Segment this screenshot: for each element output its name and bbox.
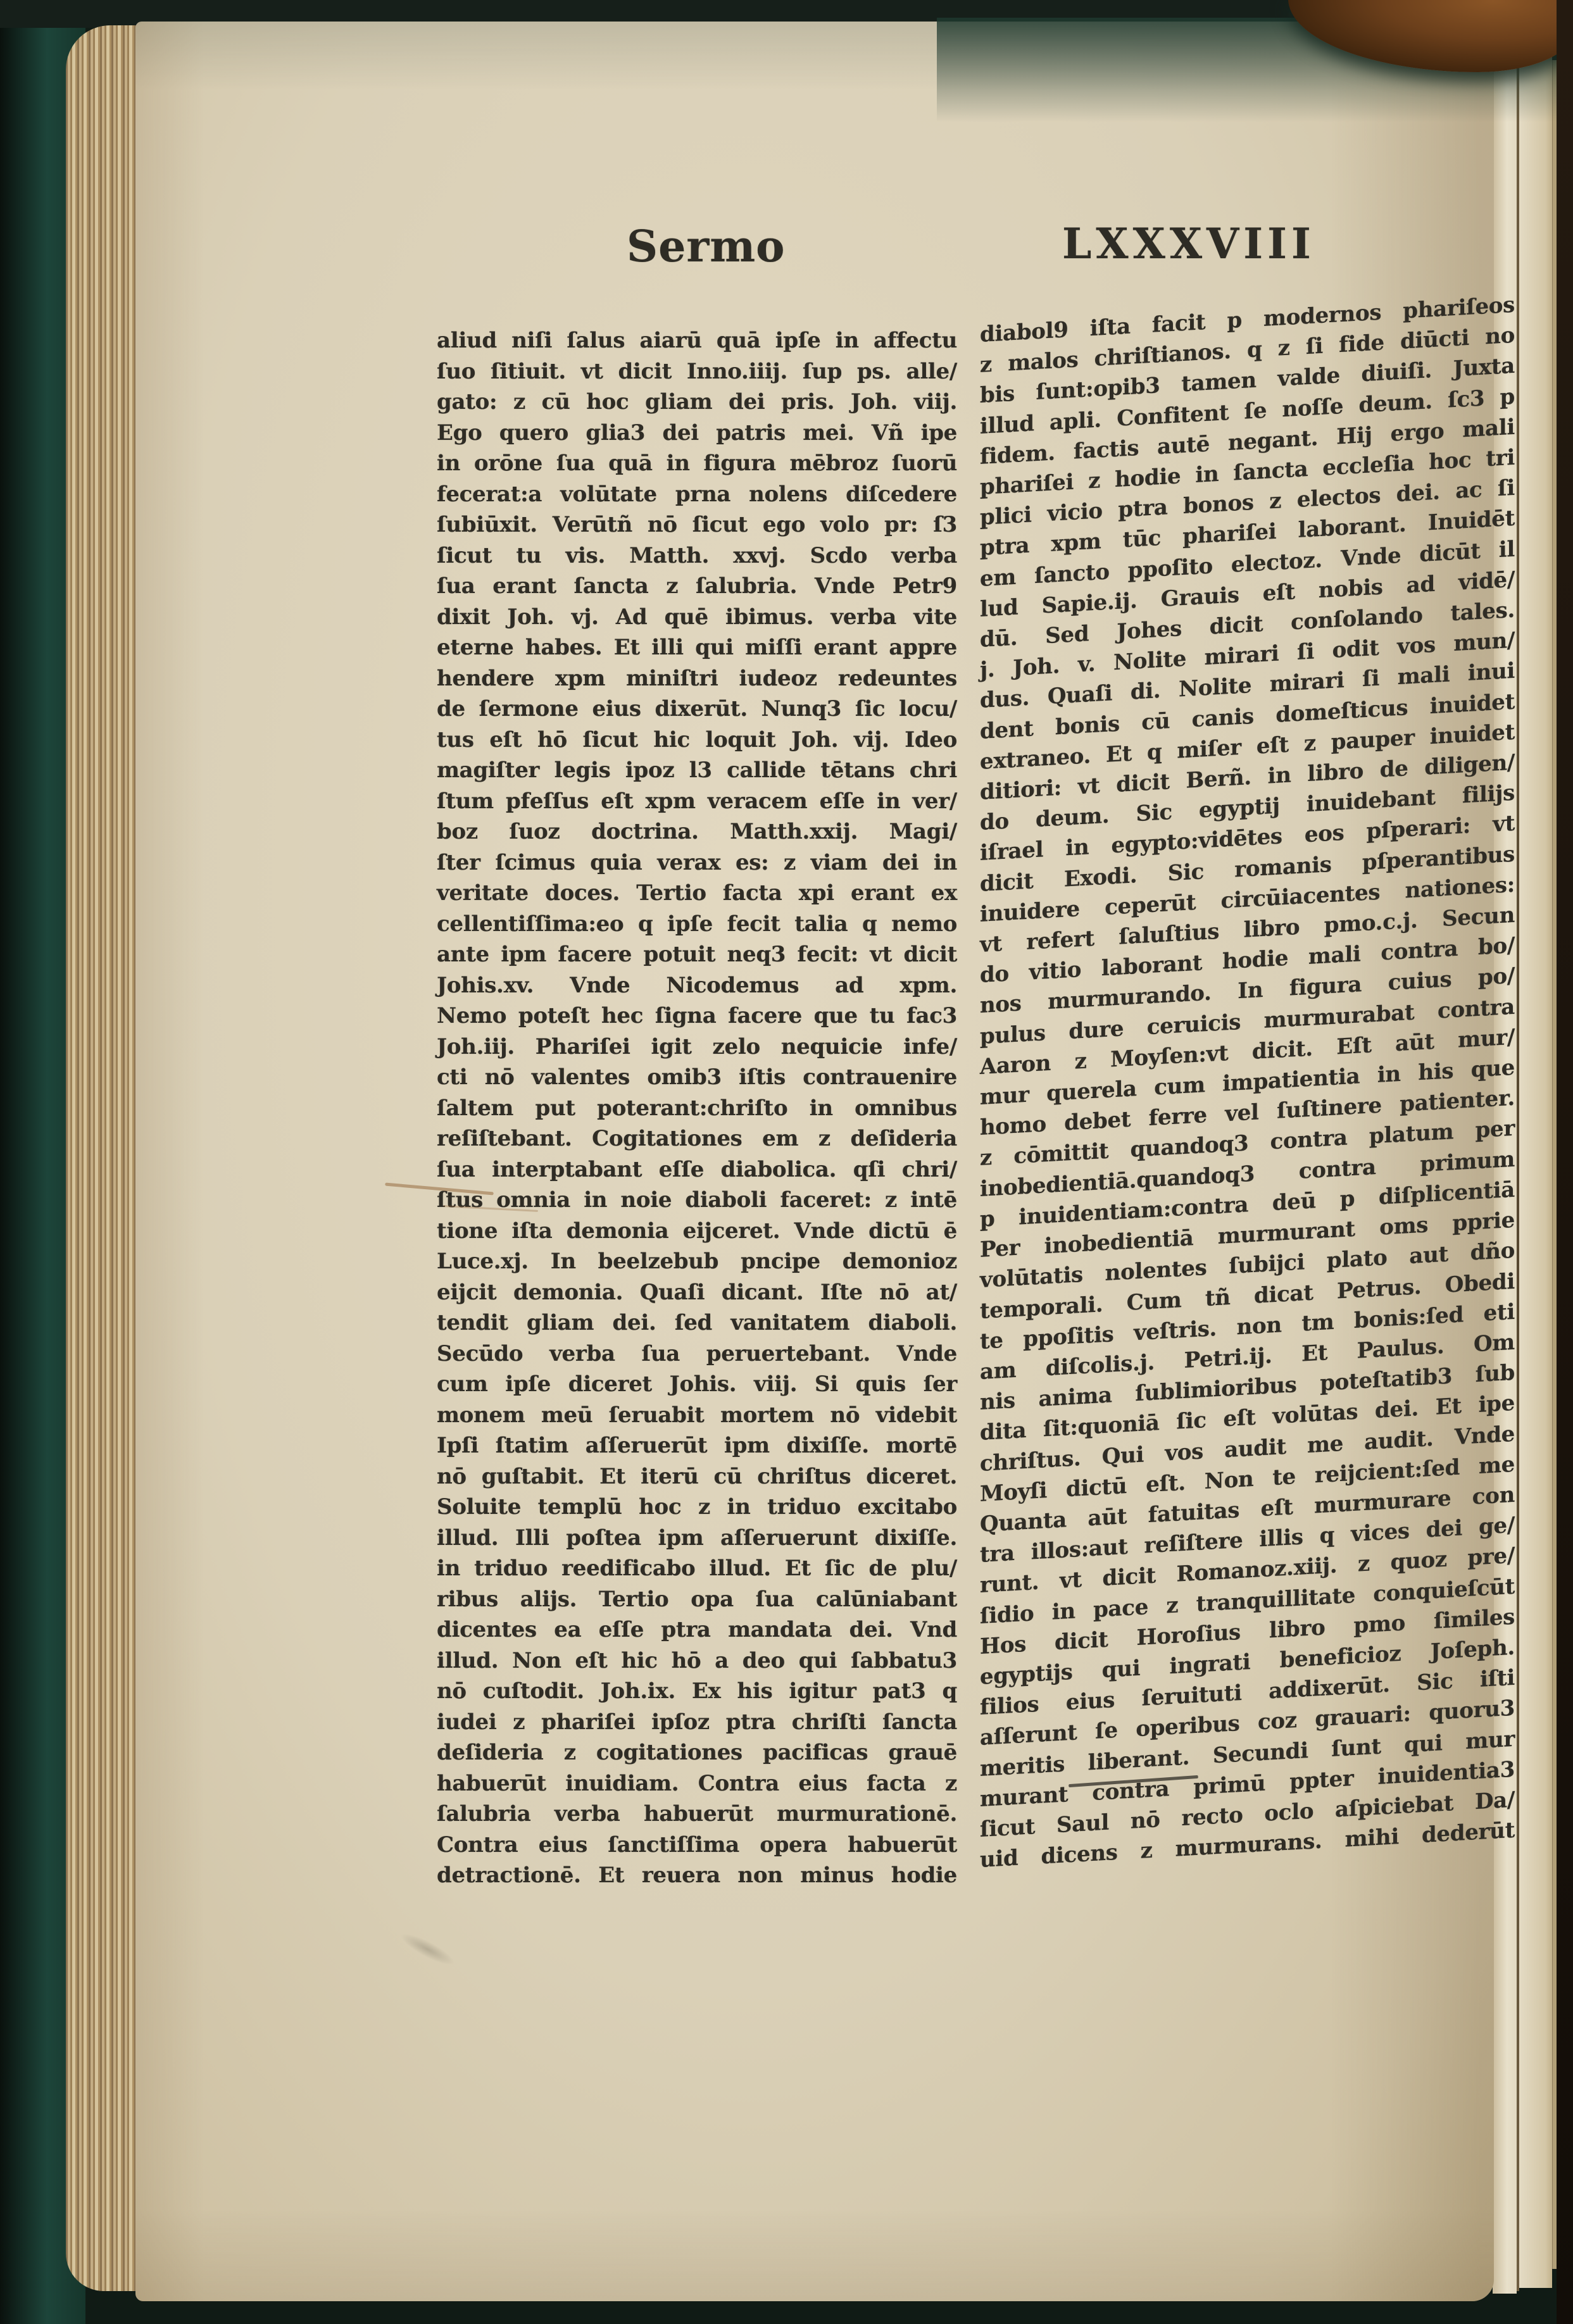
text-line: tus eſt hō ſicut hic loquit Joh. vij. Id…: [437, 725, 957, 756]
text-line: ſubiūxit. Verūtñ nō ſicut ego volo pr: ſ…: [437, 509, 957, 540]
text-line: Joh.iij. Phariſei igit zelo nequicie inf…: [437, 1032, 957, 1063]
text-line: nō cuſtodit. Joh.ix. Ex his igitur pat3 …: [437, 1676, 957, 1707]
page-fold-line: [1517, 38, 1519, 2291]
text-line: ribus alijs. Tertio opa ſua calūniabant: [437, 1584, 957, 1615]
text-line: ſaltem put poterant:chriſto in omnibus: [437, 1093, 957, 1124]
text-line: Ego quero glia3 dei patris mei. Vñ ipe: [437, 418, 957, 449]
text-line: fecerat:a volūtate prna nolens diſcedere: [437, 479, 957, 510]
text-line: veritate doces. Tertio facta xpi erant e…: [437, 878, 957, 909]
text-line: Secūdo verba ſua peruertebant. Vnde: [437, 1339, 957, 1370]
text-line: Nemo poteſt hec ſigna facere que tu fac3: [437, 1001, 957, 1032]
text-line: eijcit demonia. Quaſi dicant. Iſte nō at…: [437, 1277, 957, 1308]
running-header-title: Sermo: [627, 222, 786, 272]
text-line: de ſermone eius dixerūt. Nunq3 ſic locu/: [437, 694, 957, 725]
scanned-book-page: Sermo LXXXVIII aliud niſi ſalus aiarū qu…: [0, 0, 1573, 2324]
text-line: Contra eius ſanctiſſima opera habuerūt: [437, 1830, 957, 1861]
text-line: detractionē. Et reuera non minus hodie: [437, 1860, 957, 1891]
folio-page-number: LXXXVIII: [1062, 219, 1315, 268]
text-line: ſua interptabant eſſe diabolica. qſi chr…: [437, 1154, 957, 1185]
text-line: cum ipſe diceret Johis. viij. Si quis ſe…: [437, 1369, 957, 1400]
text-line: Soluite templū hoc z in triduo excitabo: [437, 1492, 957, 1523]
text-line: Johis.xv. Vnde Nicodemus ad xpm.: [437, 970, 957, 1001]
text-line: eterne habes. Et illi qui miſſi erant ap…: [437, 632, 957, 663]
text-line: Ipſi ſtatim aſſeruerūt ipm dixiſſe. mort…: [437, 1430, 957, 1461]
text-line: Luce.xj. In beelzebub pncipe demonioz: [437, 1246, 957, 1277]
text-line: illud. Non eſt hic hō a deo qui ſabbatu3: [437, 1646, 957, 1677]
text-line: dixit Joh. vj. Ad quē ibimus. verba vite: [437, 602, 957, 633]
text-line: ſter ſcimus quia verax es: z viam dei in: [437, 847, 957, 878]
text-line: cti nō valentes omib3 iſtis contrauenire: [437, 1062, 957, 1093]
text-line: magiſter legis ipoz l3 callide tētans ch…: [437, 755, 957, 786]
text-line: aliud niſi ſalus aiarū quā ipſe in affec…: [437, 325, 957, 356]
text-line: ſua erant ſancta z ſalubria. Vnde Petr9: [437, 571, 957, 602]
book-page-edges-left: [66, 25, 139, 2291]
text-line: deſideria z cogitationes pacificas grauē: [437, 1737, 957, 1768]
text-line: tendit gliam dei. ſed vanitatem diaboli.: [437, 1308, 957, 1339]
text-line: ſicut tu vis. Matth. xxvj. Scdo verba: [437, 540, 957, 572]
scan-background-right: [1557, 0, 1573, 2324]
text-line: ſuo ſitiuit. vt dicit Inno.iiij. ſup ps.…: [437, 356, 957, 387]
text-line: in orōne ſua quā in figura mēbroz ſuorū: [437, 448, 957, 479]
text-line: ſalubria verba habuerūt murmurationē.: [437, 1799, 957, 1830]
text-line: tione iſta demonia eijceret. Vnde dictū …: [437, 1216, 957, 1247]
text-line: iudei z phariſei ipſoz ptra chriſti ſanc…: [437, 1707, 957, 1738]
text-line: ante ipm facere potuit neq3 fecit: vt di…: [437, 939, 957, 970]
text-line: boz ſuoz doctrina. Matth.xxij. Magi/: [437, 816, 957, 847]
next-page-edge: [1519, 44, 1552, 2288]
text-column-right: diabol9 iſta facit p modernos phariſeosz…: [980, 290, 1515, 1876]
text-line: gato: z cū hoc gliam dei pris. Joh. viij…: [437, 387, 957, 418]
text-line: habuerūt inuidiam. Contra eius facta z: [437, 1768, 957, 1799]
text-line: nō guſtabit. Et iterū cū chriſtus dicere…: [437, 1461, 957, 1492]
text-line: in triduo reedificabo illud. Et ſic de p…: [437, 1553, 957, 1584]
text-column-left: aliud niſi ſalus aiarū quā ipſe in affec…: [437, 325, 957, 1891]
text-line: monem meū ſeruabit mortem nō videbit: [437, 1400, 957, 1431]
text-line: illud. Illi poſtea ipm aſſeruerunt dixiſ…: [437, 1523, 957, 1554]
text-line: ſtus omnia in noie diaboli faceret: z in…: [437, 1185, 957, 1216]
text-line: ſtum pfeſſus eſt xpm veracem eſſe in ver…: [437, 786, 957, 817]
text-line: hendere xpm miniſtri iudeoz redeuntes: [437, 663, 957, 694]
text-line: reſiſtebant. Cogitationes em z deſideria: [437, 1123, 957, 1154]
text-line: cellentiſſima:eo q ipſe fecit talia q ne…: [437, 909, 957, 940]
text-line: dicentes ea eſſe ptra mandata dei. Vnd: [437, 1615, 957, 1646]
